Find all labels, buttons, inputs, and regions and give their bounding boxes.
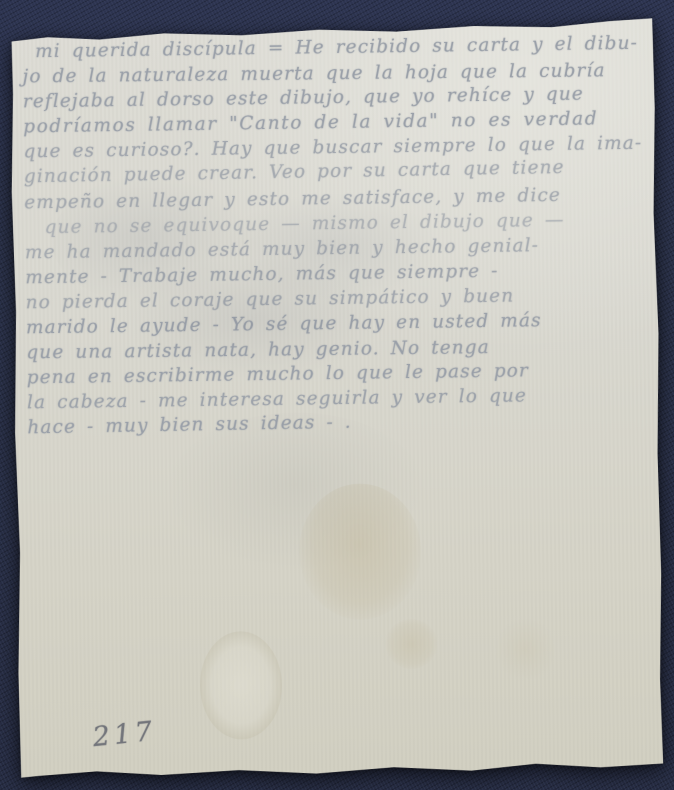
stain-oval xyxy=(199,631,282,740)
stain-faint xyxy=(495,617,556,682)
stain-small xyxy=(385,619,438,670)
manuscript-text: mi querida discípula = He recibido su ca… xyxy=(22,31,650,441)
letter-paper: mi querida discípula = He recibido su ca… xyxy=(9,18,665,779)
photo-of-letter: { "letter": { "lines": [ "mi querida dis… xyxy=(0,0,674,790)
letter-paper-wrap: mi querida discípula = He recibido su ca… xyxy=(9,18,665,779)
page-number: 217 xyxy=(91,716,157,753)
stain-large xyxy=(298,483,422,621)
